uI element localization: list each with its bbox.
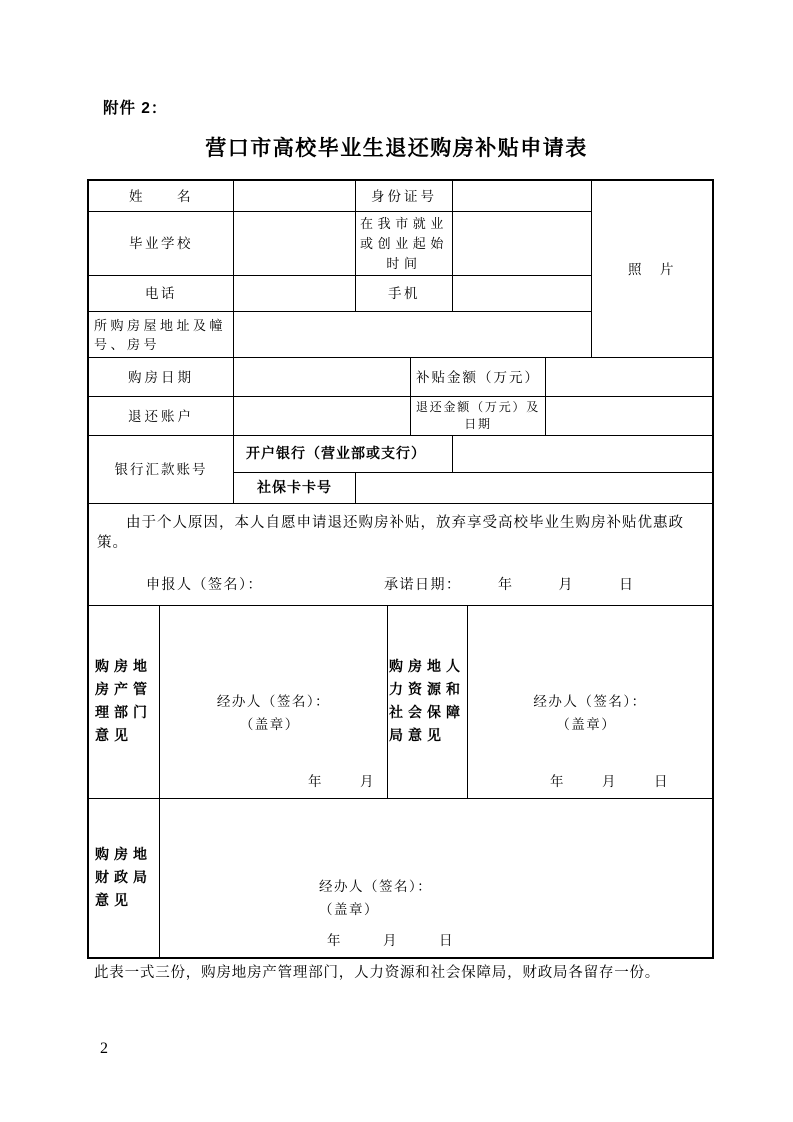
id-number-field[interactable]: [452, 180, 592, 212]
year-label: 年: [308, 772, 324, 791]
finance-bureau-opinion-cell[interactable]: 经办人（签名）： （盖章） 年 月 日: [159, 798, 713, 958]
attachment-label: 附件 2：: [103, 96, 167, 118]
subsidy-amount-field[interactable]: [545, 357, 713, 397]
mobile-field[interactable]: [452, 275, 592, 312]
hr-bureau-opinion-cell[interactable]: 经办人（签名）： （盖章） 年 月 日: [467, 605, 713, 799]
phone-field[interactable]: [233, 275, 356, 312]
finance-bureau-opinion-label: 购房地财政局意见: [95, 844, 153, 913]
day-label: 日: [654, 772, 670, 791]
name-field[interactable]: [233, 180, 356, 212]
handler-signature-label: 经办人（签名）：: [217, 690, 330, 713]
application-form-table: 姓 名 身份证号 照 片 毕业学校 在我市就业或创业起始时间 电话 手机 所购房…: [87, 179, 714, 959]
bank-branch-label: 开户银行（营业部或支行）: [233, 435, 453, 473]
seal-label: （盖章）: [319, 898, 432, 921]
month-label: 月: [360, 772, 376, 791]
month-label: 月: [602, 772, 618, 791]
year-label: 年: [498, 576, 515, 595]
address-field[interactable]: [233, 311, 592, 358]
property-dept-opinion-label: 购房地房产管理部门意见: [95, 656, 153, 748]
year-label: 年: [550, 772, 566, 791]
id-number-label: 身份证号: [355, 180, 453, 212]
purchase-date-field[interactable]: [233, 357, 411, 397]
school-label: 毕业学校: [88, 211, 234, 276]
refund-amount-date-label: 退还金额（万元）及日期: [415, 399, 541, 433]
date-blank: 年 月 日: [550, 772, 670, 791]
refund-account-field[interactable]: [233, 396, 411, 436]
day-label: 日: [439, 931, 455, 950]
subsidy-amount-label: 补贴金额（万元）: [410, 357, 546, 397]
purchase-date-label: 购房日期: [88, 357, 234, 397]
footer-note: 此表一式三份，购房地房产管理部门，人力资源和社会保障局，财政局各留存一份。: [94, 961, 660, 982]
name-label: 姓 名: [88, 180, 234, 212]
year-label: 年: [327, 931, 343, 950]
refund-account-label: 退还账户: [88, 396, 234, 436]
month-label: 月: [559, 576, 576, 595]
day-label: 日: [619, 576, 636, 595]
page-number: 2: [100, 1040, 108, 1058]
page-title: 营口市高校毕业生退还购房补贴申请表: [0, 136, 793, 162]
declaration-text: 由于个人原因，本人自愿申请退还购房补贴，放弃享受高校毕业生购房补贴优惠政策。: [97, 513, 704, 553]
employment-start-label: 在我市就业或创业起始时间: [360, 214, 448, 274]
school-field[interactable]: [233, 211, 356, 276]
phone-label: 电话: [88, 275, 234, 312]
property-dept-opinion-cell[interactable]: 经办人（签名）： （盖章） 年 月 日: [159, 605, 388, 799]
photo-cell: 照 片: [591, 180, 713, 358]
bank-branch-field[interactable]: [452, 435, 713, 473]
social-card-field[interactable]: [355, 472, 713, 504]
address-label: 所购房屋地址及幢号、房号: [94, 316, 228, 354]
seal-label: （盖章）: [533, 713, 646, 736]
refund-amount-date-field[interactable]: [545, 396, 713, 436]
hr-bureau-opinion-label: 购房地人力资源和社会保障局意见: [389, 656, 466, 748]
date-blank: 年 月 日: [327, 931, 455, 950]
document-page: 附件 2： 营口市高校毕业生退还购房补贴申请表 姓 名 身份证号 照 片 毕业学…: [0, 0, 793, 1122]
mobile-label: 手机: [355, 275, 453, 312]
declarant-signature-label: 申报人（签名）：: [146, 576, 263, 595]
employment-start-field[interactable]: [452, 211, 592, 276]
handler-signature-label: 经办人（签名）：: [533, 690, 646, 713]
handler-signature-label: 经办人（签名）：: [319, 875, 432, 898]
bank-account-label: 银行汇款账号: [88, 435, 234, 504]
month-label: 月: [383, 931, 399, 950]
social-card-label: 社保卡卡号: [233, 472, 356, 504]
seal-label: （盖章）: [217, 713, 330, 736]
promise-date-label: 承诺日期：: [384, 576, 462, 595]
promise-date-blank: 年 月 日: [498, 576, 636, 595]
declaration-cell: 由于个人原因，本人自愿申请退还购房补贴，放弃享受高校毕业生购房补贴优惠政策。 申…: [88, 503, 713, 606]
